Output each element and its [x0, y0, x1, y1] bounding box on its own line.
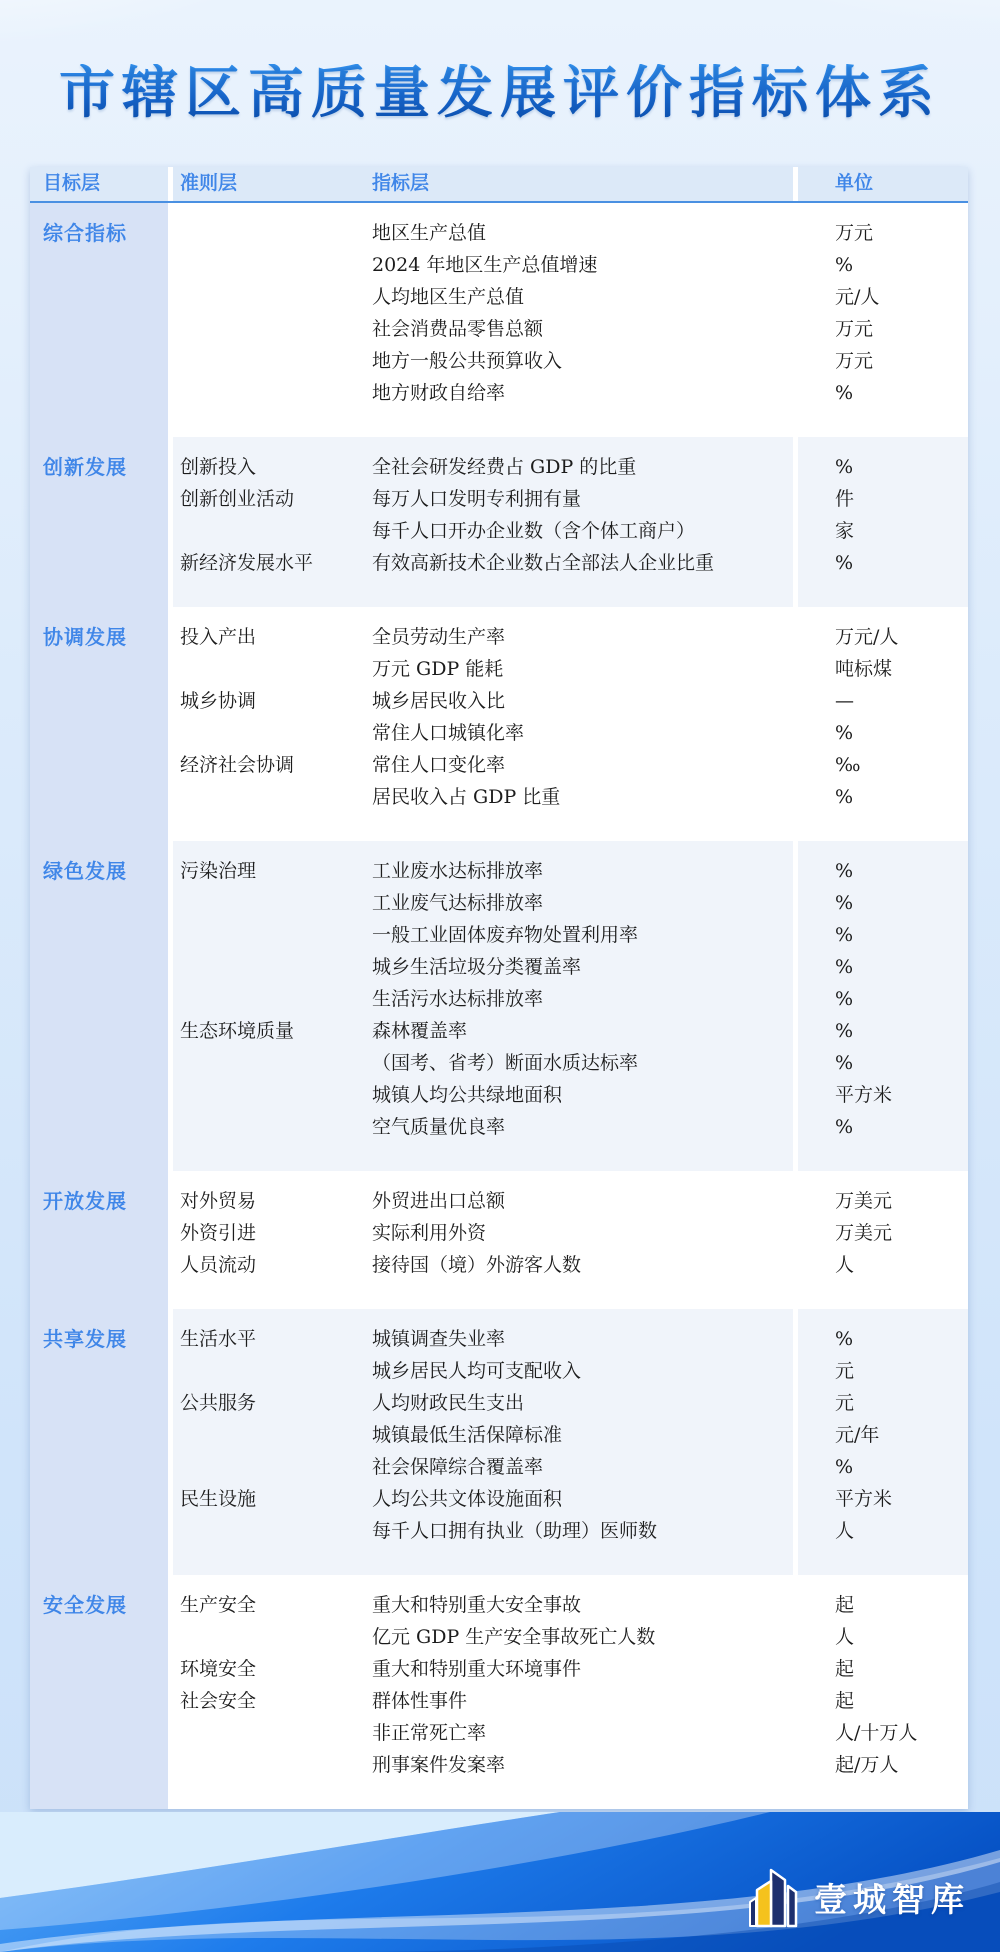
unit-cell: % — [798, 547, 968, 579]
header-unit: 单位 — [798, 167, 968, 201]
unit-cell: 平方米 — [798, 1079, 968, 1111]
indicator-cell: 实际利用外资 — [372, 1217, 793, 1249]
header-indicator-layer: 指标层 — [372, 167, 793, 201]
criterion-cell: 新经济发展水平 — [173, 547, 372, 579]
unit-cell: % — [798, 855, 968, 887]
unit-cell: % — [798, 919, 968, 951]
criterion-cell: 投入产出 — [173, 621, 372, 653]
unit-cell: 万元 — [798, 313, 968, 345]
criterion-cell: 生活水平 — [173, 1323, 372, 1355]
unit-cell: 人 — [798, 1249, 968, 1281]
header-target-layer: 目标层 — [30, 167, 168, 201]
building-icon — [748, 1868, 800, 1930]
column-divider — [168, 841, 173, 1171]
criterion-cell: 人员流动 — [173, 1249, 372, 1281]
unit-cell: 平方米 — [798, 1483, 968, 1515]
table-section: 共享发展生活水平城镇调查失业率%城乡居民人均可支配收入元公共服务人均财政民生支出… — [30, 1309, 968, 1575]
table-section: 绿色发展污染治理工业废水达标排放率%工业废气达标排放率%一般工业固体废弃物处置利… — [30, 841, 968, 1171]
page-title: 市辖区高质量发展评价指标体系 — [0, 64, 1000, 123]
target-label: 共享发展 — [30, 1309, 168, 1352]
criterion-cell: 城乡协调 — [173, 685, 372, 717]
target-label: 协调发展 — [30, 607, 168, 650]
target-cell: 协调发展 — [30, 607, 168, 841]
unit-cell: 元 — [798, 1387, 968, 1419]
indicator-cell: 城乡居民收入比 — [372, 685, 793, 717]
criterion-cell: 生态环境质量 — [173, 1015, 372, 1047]
criterion-cell: 生产安全 — [173, 1589, 372, 1621]
indicator-cell: 社会消费品零售总额 — [372, 313, 793, 345]
indicator-cell: 非正常死亡率 — [372, 1717, 793, 1749]
unit-cell: % — [798, 951, 968, 983]
criterion-cell: 外资引进 — [173, 1217, 372, 1249]
indicator-cell: 2024 年地区生产总值增速 — [372, 249, 793, 281]
unit-cell: 万元 — [798, 345, 968, 377]
unit-cell: 万元/人 — [798, 621, 968, 653]
criterion-cell: 社会安全 — [173, 1685, 372, 1717]
target-cell: 共享发展 — [30, 1309, 168, 1575]
indicator-cell: 森林覆盖率 — [372, 1015, 793, 1047]
unit-cell: 起 — [798, 1685, 968, 1717]
unit-cell: 人 — [798, 1515, 968, 1547]
criterion-cell: 公共服务 — [173, 1387, 372, 1419]
table-section: 开放发展对外贸易外贸进出口总额万美元外资引进实际利用外资万美元人员流动接待国（境… — [30, 1171, 968, 1309]
indicator-cell: 社会保障综合覆盖率 — [372, 1451, 793, 1483]
brand-logo: 壹城智库 — [748, 1868, 970, 1930]
unit-cell: 万美元 — [798, 1185, 968, 1217]
indicator-cell: 城镇调查失业率 — [372, 1323, 793, 1355]
unit-cell: 吨标煤 — [798, 653, 968, 685]
indicator-cell: 刑事案件发案率 — [372, 1749, 793, 1781]
brand-name: 壹城智库 — [814, 1883, 970, 1916]
target-label: 绿色发展 — [30, 841, 168, 884]
indicator-cell: 地方一般公共预算收入 — [372, 345, 793, 377]
indicator-cell: 人均财政民生支出 — [372, 1387, 793, 1419]
target-cell: 绿色发展 — [30, 841, 168, 1171]
indicator-cell: 工业废水达标排放率 — [372, 855, 793, 887]
unit-cell: 万元 — [798, 217, 968, 249]
unit-cell: % — [798, 451, 968, 483]
unit-cell: ‰ — [798, 749, 968, 781]
indicator-cell: 地方财政自给率 — [372, 377, 793, 409]
unit-cell: 人 — [798, 1621, 968, 1653]
indicator-cell: 群体性事件 — [372, 1685, 793, 1717]
indicator-cell: 居民收入占 GDP 比重 — [372, 781, 793, 813]
header-criterion-layer: 准则层 — [173, 167, 372, 201]
unit-cell: 起 — [798, 1589, 968, 1621]
indicator-cell: 生活污水达标排放率 — [372, 983, 793, 1015]
unit-cell: % — [798, 1111, 968, 1143]
table-section: 综合指标地区生产总值万元2024 年地区生产总值增速%人均地区生产总值元/人社会… — [30, 203, 968, 437]
indicator-cell: 外贸进出口总额 — [372, 1185, 793, 1217]
unit-cell: % — [798, 717, 968, 749]
table-section: 创新发展创新投入全社会研发经费占 GDP 的比重%创新创业活动每万人口发明专利拥… — [30, 437, 968, 607]
target-label: 创新发展 — [30, 437, 168, 480]
unit-cell: % — [798, 1015, 968, 1047]
indicator-cell: 每千人口开办企业数（含个体工商户） — [372, 515, 793, 547]
criterion-cell: 环境安全 — [173, 1653, 372, 1685]
indicator-cell: 城乡生活垃圾分类覆盖率 — [372, 951, 793, 983]
unit-cell: % — [798, 1451, 968, 1483]
target-cell: 创新发展 — [30, 437, 168, 607]
unit-cell: 件 — [798, 483, 968, 515]
target-label: 综合指标 — [30, 203, 168, 246]
criterion-cell: 经济社会协调 — [173, 749, 372, 781]
indicator-cell: 全员劳动生产率 — [372, 621, 793, 653]
indicator-cell: 万元 GDP 能耗 — [372, 653, 793, 685]
unit-cell: 元 — [798, 1355, 968, 1387]
indicator-cell: 一般工业固体废弃物处置利用率 — [372, 919, 793, 951]
unit-cell: % — [798, 249, 968, 281]
unit-cell: % — [798, 1323, 968, 1355]
indicator-cell: 每万人口发明专利拥有量 — [372, 483, 793, 515]
indicator-cell: 重大和特别重大安全事故 — [372, 1589, 793, 1621]
criterion-cell: 污染治理 — [173, 855, 372, 887]
indicator-cell: 常住人口城镇化率 — [372, 717, 793, 749]
indicator-cell: 每千人口拥有执业（助理）医师数 — [372, 1515, 793, 1547]
target-label: 开放发展 — [30, 1171, 168, 1214]
target-label: 安全发展 — [30, 1575, 168, 1618]
column-divider — [168, 203, 173, 437]
indicator-table: 目标层 准则层 指标层 单位 综合指标地区生产总值万元2024 年地区生产总值增… — [30, 167, 968, 1809]
table-header-row: 目标层 准则层 指标层 单位 — [30, 167, 968, 201]
indicator-cell: 城乡居民人均可支配收入 — [372, 1355, 793, 1387]
indicator-cell: 常住人口变化率 — [372, 749, 793, 781]
unit-cell: — — [798, 685, 968, 717]
indicator-cell: 工业废气达标排放率 — [372, 887, 793, 919]
indicator-cell: 空气质量优良率 — [372, 1111, 793, 1143]
unit-cell: % — [798, 887, 968, 919]
table-body: 综合指标地区生产总值万元2024 年地区生产总值增速%人均地区生产总值元/人社会… — [30, 203, 968, 1809]
unit-cell: 元/年 — [798, 1419, 968, 1451]
table-section: 安全发展生产安全重大和特别重大安全事故起亿元 GDP 生产安全事故死亡人数人环境… — [30, 1575, 968, 1809]
indicator-cell: 亿元 GDP 生产安全事故死亡人数 — [372, 1621, 793, 1653]
unit-cell: 人/十万人 — [798, 1717, 968, 1749]
indicator-cell: 城镇人均公共绿地面积 — [372, 1079, 793, 1111]
criterion-cell: 对外贸易 — [173, 1185, 372, 1217]
unit-cell: 元/人 — [798, 281, 968, 313]
unit-cell: % — [798, 1047, 968, 1079]
unit-cell: % — [798, 781, 968, 813]
indicator-cell: 人均公共文体设施面积 — [372, 1483, 793, 1515]
unit-cell: 家 — [798, 515, 968, 547]
indicator-cell: （国考、省考）断面水质达标率 — [372, 1047, 793, 1079]
unit-cell: % — [798, 377, 968, 409]
indicator-cell: 接待国（境）外游客人数 — [372, 1249, 793, 1281]
unit-cell: % — [798, 983, 968, 1015]
target-cell: 综合指标 — [30, 203, 168, 437]
target-cell: 开放发展 — [30, 1171, 168, 1309]
indicator-cell: 全社会研发经费占 GDP 的比重 — [372, 451, 793, 483]
table-section: 协调发展投入产出全员劳动生产率万元/人万元 GDP 能耗吨标煤城乡协调城乡居民收… — [30, 607, 968, 841]
indicator-cell: 有效高新技术企业数占全部法人企业比重 — [372, 547, 793, 579]
unit-cell: 起 — [798, 1653, 968, 1685]
target-cell: 安全发展 — [30, 1575, 168, 1809]
indicator-cell: 地区生产总值 — [372, 217, 793, 249]
indicator-cell: 城镇最低生活保障标准 — [372, 1419, 793, 1451]
indicator-cell: 人均地区生产总值 — [372, 281, 793, 313]
criterion-cell: 创新投入 — [173, 451, 372, 483]
unit-cell: 起/万人 — [798, 1749, 968, 1781]
criterion-cell: 创新创业活动 — [173, 483, 372, 515]
indicator-cell: 重大和特别重大环境事件 — [372, 1653, 793, 1685]
unit-cell: 万美元 — [798, 1217, 968, 1249]
criterion-cell: 民生设施 — [173, 1483, 372, 1515]
